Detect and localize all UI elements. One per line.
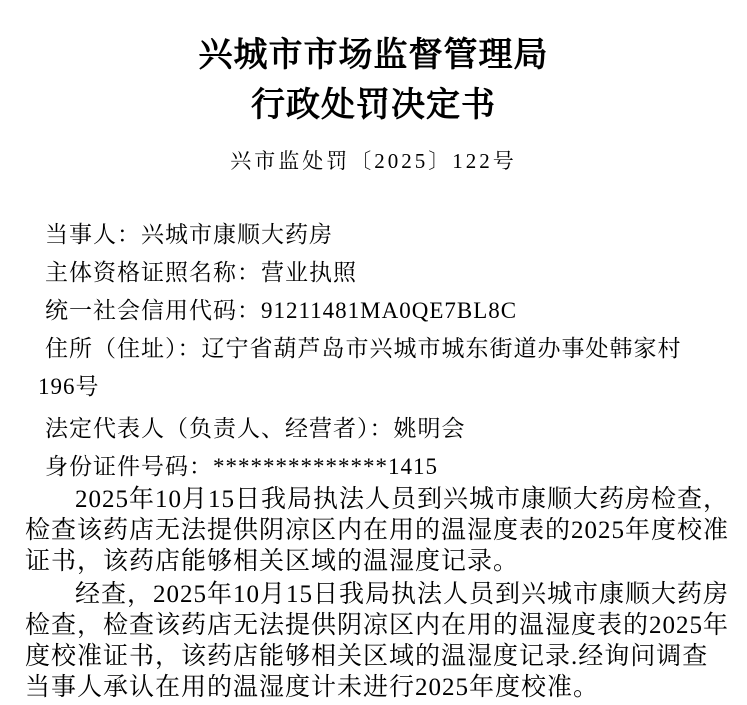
field-legal-representative: 法定代表人（负责人、经营者）：姚明会	[45, 410, 747, 448]
field-credit-code: 统一社会信用代码：91211481MA0QE7BL8C	[45, 292, 747, 330]
field-id-number: 身份证件号码：**************1415	[45, 448, 747, 486]
paragraph-line: 度校准证书，该药店能够相关区域的温湿度记录.经询问调查	[25, 641, 730, 672]
party-information-section: 当事人：兴城市康顺大药房 主体资格证照名称：营业执照 统一社会信用代码：9121…	[45, 216, 747, 486]
document-number: 兴市监处罚〔2025〕122号	[0, 148, 747, 174]
penalty-decision-document: 兴城市市场监督管理局 行政处罚决定书 兴市监处罚〔2025〕122号 当事人：兴…	[0, 0, 747, 705]
field-party-name: 当事人：兴城市康顺大药房	[45, 216, 747, 254]
paragraph-line: 检查，检查该药店无法提供阴凉区内在用的温湿度表的2025年	[25, 610, 730, 641]
document-type-title: 行政处罚决定书	[0, 78, 747, 128]
paragraph-line: 检查该药店无法提供阴凉区内在用的温湿度表的2025年度校准	[25, 515, 730, 546]
fact-paragraph-2: 经查，2025年10月15日我局执法人员到兴城市康顺大药房 检查，检查该药店无法…	[25, 579, 730, 703]
field-license-name: 主体资格证照名称：营业执照	[45, 254, 747, 292]
fact-paragraph-1: 2025年10月15日我局执法人员到兴城市康顺大药房检查， 检查该药店无法提供阴…	[25, 484, 730, 577]
paragraph-line: 经查，2025年10月15日我局执法人员到兴城市康顺大药房	[25, 579, 730, 610]
issuing-authority-title: 兴城市市场监督管理局	[0, 0, 747, 78]
case-facts-section: 2025年10月15日我局执法人员到兴城市康顺大药房检查， 检查该药店无法提供阴…	[25, 484, 730, 703]
field-address-line2: 196号	[38, 368, 747, 406]
paragraph-line: 当事人承认在用的温湿度计未进行2025年度校准。	[25, 672, 730, 703]
paragraph-line: 2025年10月15日我局执法人员到兴城市康顺大药房检查，	[25, 484, 730, 515]
paragraph-line: 证书，该药店能够相关区域的温湿度记录。	[25, 546, 730, 577]
field-address-line1: 住所（住址）：辽宁省葫芦岛市兴城市城东街道办事处韩家村	[45, 330, 747, 368]
